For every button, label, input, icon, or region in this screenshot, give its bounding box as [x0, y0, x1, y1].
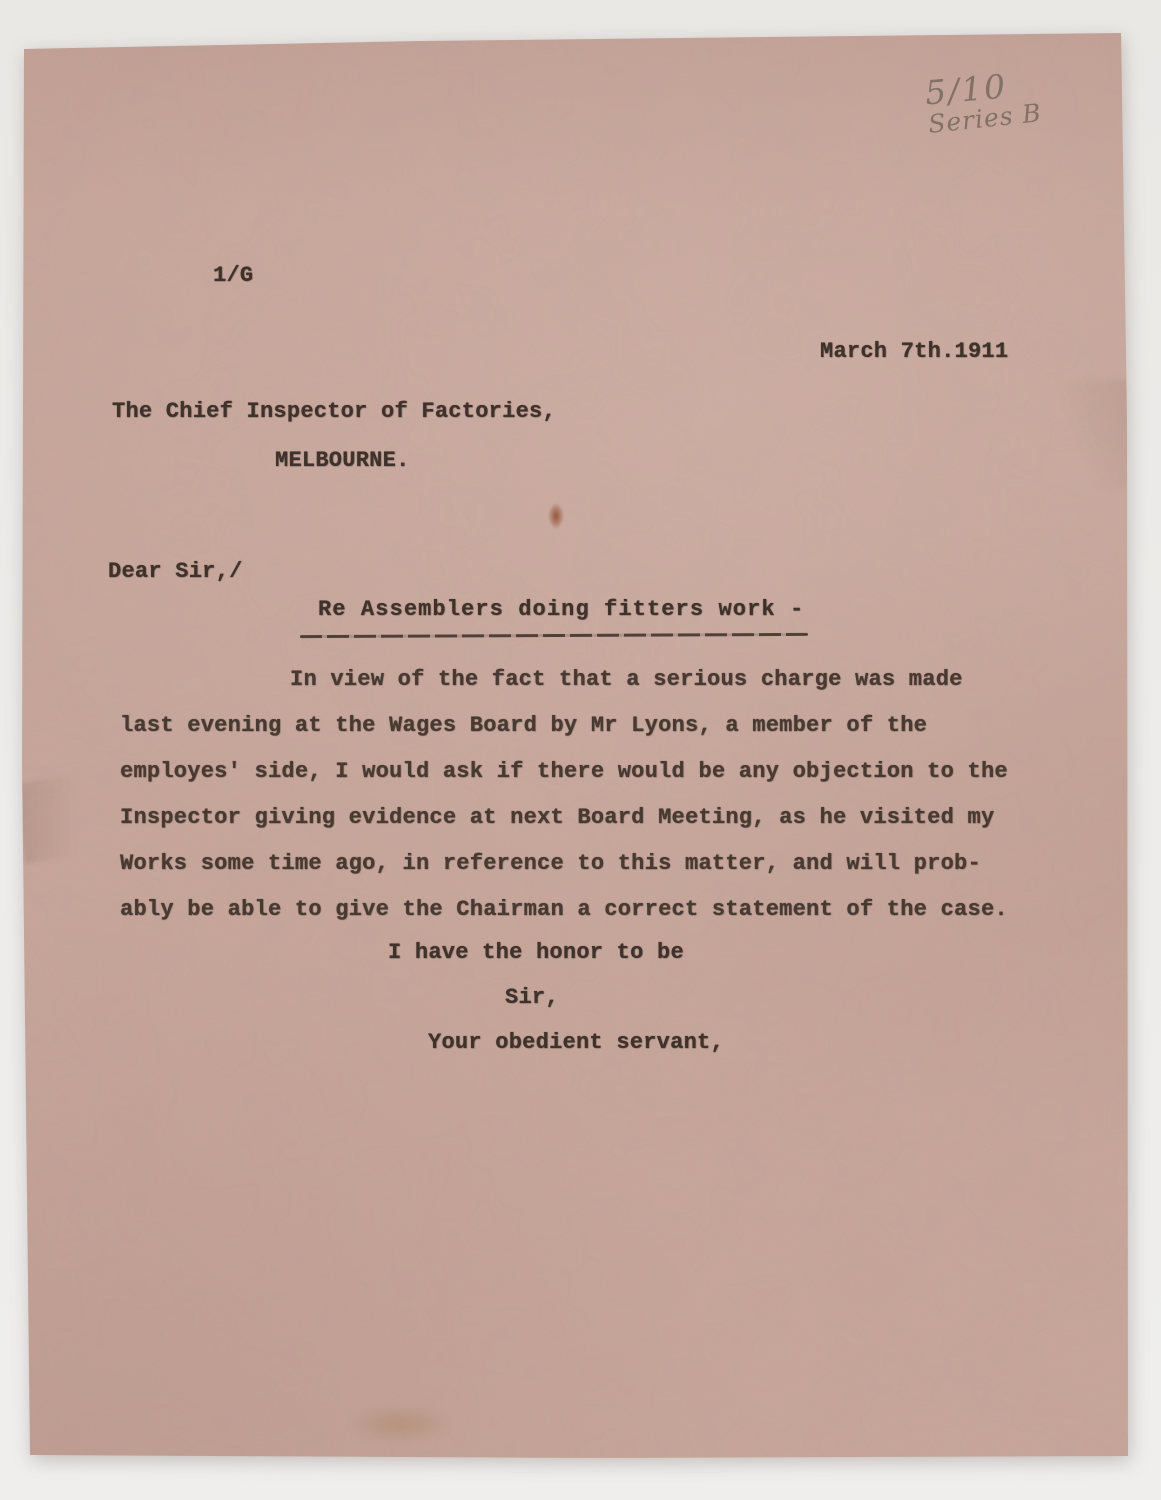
- body-line: employes' side, I would ask if there wou…: [120, 759, 1008, 784]
- paper-crease: [12, 766, 134, 864]
- paper-smudge: [330, 1398, 470, 1450]
- paper-texture: [0, 0, 1161, 1500]
- subject-underline: [300, 633, 808, 638]
- paper-crease: [1040, 380, 1130, 490]
- paper-shadow-wrap: 5/10 Series B 1/G March 7th.1911 The Chi…: [0, 0, 1161, 1500]
- closing-line: Your obedient servant,: [428, 1030, 724, 1055]
- body-line: Inspector giving evidence at next Board …: [120, 805, 994, 830]
- letter-date: March 7th.1911: [820, 339, 1008, 364]
- body-line: Works some time ago, in reference to thi…: [120, 851, 981, 876]
- body-line: In view of the fact that a serious charg…: [120, 667, 963, 692]
- subject-line: Re Assemblers doing fitters work -: [318, 597, 804, 622]
- salutation: Dear Sir,/: [108, 559, 243, 584]
- letter-paper: 5/10 Series B 1/G March 7th.1911 The Chi…: [0, 0, 1161, 1500]
- ink-stain: [548, 503, 564, 529]
- body-line: last evening at the Wages Board by Mr Ly…: [120, 713, 927, 738]
- closing-line: I have the honor to be: [388, 940, 684, 965]
- closing-line: Sir,: [505, 985, 559, 1010]
- recipient-name: The Chief Inspector of Factories,: [112, 399, 556, 424]
- body-line: ably be able to give the Chairman a corr…: [120, 897, 1008, 922]
- photo-of-letter: 5/10 Series B 1/G March 7th.1911 The Chi…: [0, 0, 1161, 1500]
- recipient-city: MELBOURNE.: [275, 448, 410, 473]
- typed-reference: 1/G: [213, 263, 253, 288]
